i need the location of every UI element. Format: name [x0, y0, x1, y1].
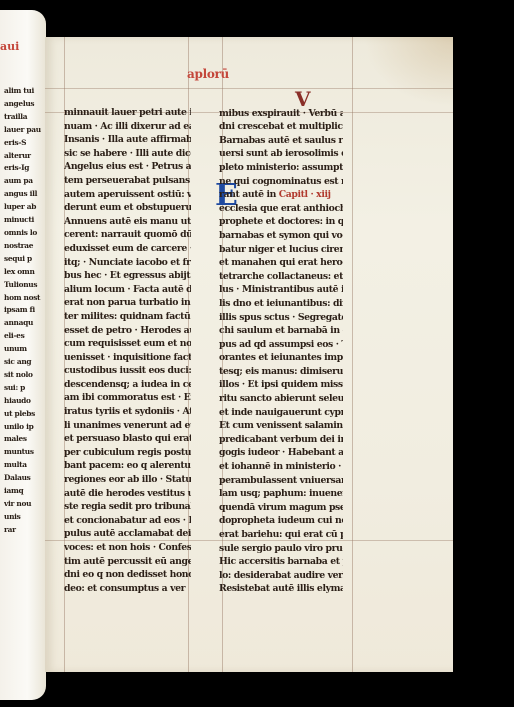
- text-line: unum: [4, 343, 46, 356]
- text-column-left: minnauit lauer petri aute ianuam · Ac il…: [64, 106, 191, 595]
- text-line: et inde nauigauerunt cyprum ·: [219, 406, 343, 420]
- text-line: angelus: [4, 98, 46, 111]
- text-line: tim autē percussit eū angelus: [64, 555, 191, 569]
- text-line: voces: et non hois · Confestī: [64, 541, 191, 555]
- text-line: erat bariehu: qui erat cū procō: [219, 528, 343, 542]
- text-line: ecclesia que erat anthiochie: [219, 202, 343, 216]
- text-line: minucti: [4, 214, 46, 227]
- text-line: sule sergio paulo viro prudēte ·: [219, 542, 343, 556]
- text-line: perambulassent vniuersam insu: [219, 474, 343, 488]
- text-line: descendensq; a iudea in cesare: [64, 378, 191, 392]
- text-line: lis dno et ieiunantibus: dixit: [219, 297, 343, 311]
- text-line: ipsam fi: [4, 304, 46, 317]
- left-page-text-column: alim tuiangelustraillalauer paueris-Salt…: [4, 85, 46, 537]
- text-line: [219, 93, 343, 107]
- text-line: nostrae: [4, 240, 46, 253]
- text-line: vir nou: [4, 498, 46, 511]
- text-line: rant autē in Capitl · xiij: [219, 188, 343, 202]
- text-line: li unanimes venerunt ad eū:: [64, 419, 191, 433]
- text-line: omnis lo: [4, 227, 46, 240]
- text-line: bant pacem: eo q alerentur: [64, 459, 191, 473]
- text-line: cum requisisset eum et non in: [64, 337, 191, 351]
- text-line: muntus: [4, 446, 46, 459]
- text-line: barnabas et symon qui voca: [219, 229, 343, 243]
- text-line: males: [4, 433, 46, 446]
- text-line: sui: p: [4, 382, 46, 395]
- text-line: angus ill: [4, 188, 46, 201]
- text-line: orantes et ieiunantes impone: [219, 351, 343, 365]
- manuscript-page: aplorū V E minnauit lauer petri aute ian…: [45, 37, 453, 672]
- text-line: ter milites: quidnam factū: [64, 310, 191, 324]
- text-line: rar: [4, 524, 46, 537]
- text-line: Dalaus: [4, 472, 46, 485]
- text-line: et iohannē in ministerio · Et cū: [219, 460, 343, 474]
- text-column-right: mibus exspirauit · Verbū aūtdni cresceba…: [219, 93, 343, 596]
- text-line: lex omn: [4, 266, 46, 279]
- left-page-curved: aui alim tuiangelustraillalauer paueris-…: [0, 10, 46, 700]
- text-line: luper ab: [4, 201, 46, 214]
- text-line: autem aperuissent ostiū: vi: [64, 188, 191, 202]
- text-line: per cubiculum regis postula: [64, 446, 191, 460]
- text-line: lus · Ministrantibus autē il: [219, 283, 343, 297]
- text-line: unilo ip: [4, 421, 46, 434]
- text-line: predicabant verbum dei in syna: [219, 433, 343, 447]
- text-line: derunt eum et obstupuerunt.: [64, 201, 191, 215]
- text-line: regiones eor ab illo · Statuto: [64, 473, 191, 487]
- text-line: Hic accersitis barnaba et pau: [219, 555, 343, 569]
- text-line: batur niger et lucius cirenēsis: [219, 243, 343, 257]
- text-line: pleto ministerio: assumpto ioha: [219, 161, 343, 175]
- text-line: gogis iudeor · Habebant autē: [219, 446, 343, 460]
- text-line: iratus tyriis et sydoniis · At il: [64, 405, 191, 419]
- text-line: chi saulum et barnabā in o: [219, 324, 343, 338]
- text-line: et persuaso blasto qui erat su: [64, 432, 191, 446]
- text-line: et manahen qui erat herodis: [219, 256, 343, 270]
- text-line: ut plebs: [4, 408, 46, 421]
- text-line: quendā virum magum pseu: [219, 501, 343, 515]
- text-line: alim tui: [4, 85, 46, 98]
- text-line: pus ad qd assumpsi eos · Tunc: [219, 338, 343, 352]
- text-line: deo: et consumptus a ver: [64, 582, 191, 596]
- text-line: et concionabatur ad eos · Po: [64, 514, 191, 528]
- text-line: Annuens autē eis manu ut ta: [64, 215, 191, 229]
- text-line: cerent: narrauit quomō dūs: [64, 228, 191, 242]
- text-line: ne qui cognominatus est marcus: [219, 175, 343, 189]
- text-line: trailla: [4, 111, 46, 124]
- text-line: eris-Ig: [4, 162, 46, 175]
- text-line: custodibus iussit eos duci:: [64, 364, 191, 378]
- text-line: nuam · Ac illi dixerur ad ea:: [64, 120, 191, 134]
- text-line: sic ang: [4, 356, 46, 369]
- text-line: hom nost: [4, 292, 46, 305]
- text-line: tem perseuerabat pulsans · Cu: [64, 174, 191, 188]
- text-line: dopropheta iudeum cui nomen: [219, 514, 343, 528]
- text-line: eli-es: [4, 330, 46, 343]
- text-line: iamq: [4, 485, 46, 498]
- text-line: ritu sancto abierunt seleuciā:: [219, 392, 343, 406]
- text-line: sic se habere · Illi aute dicebāt: [64, 147, 191, 161]
- ruling-line: [352, 37, 353, 672]
- text-line: illis spus sctus · Segregate mi: [219, 311, 343, 325]
- text-line: autē die herodes vestitus ue: [64, 487, 191, 501]
- text-line: uersi sunt ab ierosolimis ex: [219, 147, 343, 161]
- text-line: alium locum · Facta autē die: [64, 283, 191, 297]
- text-line: alterur: [4, 150, 46, 163]
- text-line: eris-S: [4, 137, 46, 150]
- text-line: dni crescebat et multiplicabat:: [219, 120, 343, 134]
- text-line: prophete et doctores: in quibus: [219, 215, 343, 229]
- text-line: unis: [4, 511, 46, 524]
- text-line: ste regia sedit pro tribunali:: [64, 500, 191, 514]
- ruling-line: [45, 88, 453, 89]
- text-line: sequi p: [4, 253, 46, 266]
- text-line: esset de petro · Herodes autem: [64, 324, 191, 338]
- text-line: multa: [4, 459, 46, 472]
- text-line: Barnabas autē et saulus re: [219, 134, 343, 148]
- text-line: mibus exspirauit · Verbū aūt: [219, 107, 343, 121]
- text-line: Et cum venissent salaminā:: [219, 419, 343, 433]
- text-line: lam usq; paphum: inuenerūt: [219, 487, 343, 501]
- text-line: itq; · Nunciate iacobo et frat: [64, 256, 191, 270]
- text-line: pulus autē acclamabat dei: [64, 527, 191, 541]
- running-head: aplorū: [187, 67, 229, 81]
- text-line: sit nolo: [4, 369, 46, 382]
- text-line: tetrarche collactaneus: et sau: [219, 270, 343, 284]
- text-line: annaqu: [4, 317, 46, 330]
- text-line: tesq; eis manus: dimiserunt: [219, 365, 343, 379]
- text-line: lauer pau: [4, 124, 46, 137]
- text-line: aum pa: [4, 175, 46, 188]
- text-line: lo: desiderabat audire verbū dei ·: [219, 569, 343, 583]
- text-line: uenisset · inquisitione facta de: [64, 351, 191, 365]
- text-line: minnauit lauer petri aute ia: [64, 106, 191, 120]
- text-line: Insanis · Illa aute affirmabat: [64, 133, 191, 147]
- text-line: am ibi commoratus est · Erat autē: [64, 391, 191, 405]
- text-line: Angelus eius est · Petrus au: [64, 160, 191, 174]
- text-line: bus hec · Et egressus abijt in: [64, 269, 191, 283]
- text-line: illos · Et ipsi quidem missi a spi: [219, 378, 343, 392]
- text-line: erat non parua turbatio in: [64, 296, 191, 310]
- left-page-rubric: aui: [0, 40, 19, 53]
- text-line: dni eo q non dedisset honorē: [64, 568, 191, 582]
- text-line: eduxisset eum de carcere · Dix: [64, 242, 191, 256]
- corner-stain: [363, 37, 453, 107]
- text-line: Tulionus: [4, 279, 46, 292]
- text-line: Resistebat autē illis elymas: [219, 582, 343, 596]
- text-line: hiaudo: [4, 395, 46, 408]
